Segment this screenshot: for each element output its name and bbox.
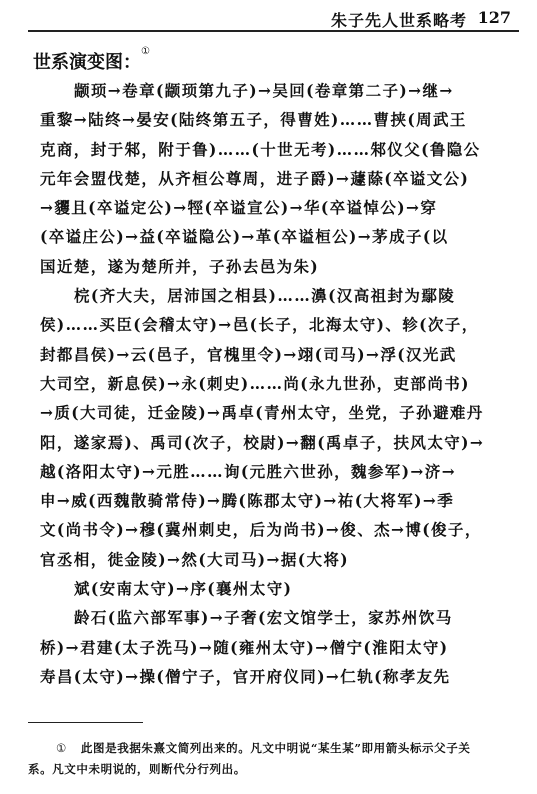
footnote-line-1: ①此图是我据朱熹文简列出来的。凡文中明说“某生某”即用箭头标示父子关: [28, 738, 508, 759]
footnote-divider: [28, 722, 143, 723]
text-line: 桥)→君建(太子洗马)→随(雍州太守)→僧宁(淮阳太守): [40, 633, 508, 662]
text-line: 斌(安南太守)→序(襄州太守): [40, 574, 508, 603]
footnote-ref[interactable]: ①: [141, 46, 150, 57]
page-number: 127: [478, 8, 511, 27]
text-line: 颛顼→卷章(颛顼第九子)→吴回(卷章第二子)→继→: [40, 76, 508, 105]
section-title: 世系演变图：①: [33, 48, 150, 74]
text-line: 寿昌(太守)→操(僧宁子，官开府仪同)→仁轨(称孝友先: [40, 662, 508, 691]
text-line: →质(大司徒，迁金陵)→禹卓(青州太守，坐党，子孙避难丹: [40, 398, 508, 427]
text-line: 元年会盟伐楚，从齐桓公尊周，进子爵)→蘧蒢(卒谥文公): [40, 164, 508, 193]
text-line: →貜且(卒谥定公)→牼(卒谥宣公)→华(卒谥悼公)→穿: [40, 193, 508, 222]
text-line: 重黎→陆终→晏安(陆终第五子，得曹姓)……曹挟(周武王: [40, 105, 508, 134]
text-line: 克商，封于邾，附于鲁)……(十世无考)……邾仪父(鲁隐公: [40, 135, 508, 164]
text-line: 封都昌侯)→云(邑子，官槐里令)→翊(司马)→浮(汉光武: [40, 340, 508, 369]
text-line: 侯)……买臣(会稽太守)→邑(长子，北海太守)、轸(次子，: [40, 310, 508, 339]
text-line: 梡(齐大夫，居沛国之相县)……濞(汉高祖封为鄢陵: [40, 281, 508, 310]
section-title-text: 世系演变图：: [33, 52, 141, 73]
footnote-text-1: 此图是我据朱熹文简列出来的。凡文中明说“某生某”即用箭头标示父子关: [81, 741, 471, 755]
footnote: ①此图是我据朱熹文简列出来的。凡文中明说“某生某”即用箭头标示父子关 系。凡文中…: [28, 738, 508, 780]
text-line: 大司空，新息侯)→永(刺史)……尚(永九世孙，吏部尚书): [40, 369, 508, 398]
text-line: 阳，遂家焉)、禹司(次子，校尉)→翻(禹卓子，扶风太守)→: [40, 428, 508, 457]
text-line: 越(洛阳太守)→元胜……询(元胜六世孙，魏参军)→济→: [40, 457, 508, 486]
footnote-mark: ①: [56, 741, 67, 755]
text-line: 文(尚书令)→穆(冀州刺史，后为尚书)→俊、杰→博(俊子，: [40, 515, 508, 544]
genealogy-body: 颛顼→卷章(颛顼第九子)→吴回(卷章第二子)→继→重黎→陆终→晏安(陆终第五子，…: [40, 76, 508, 691]
text-line: 官丞相，徙金陵)→然(大司马)→据(大将): [40, 545, 508, 574]
running-title: 朱子先人世系略考: [331, 8, 467, 31]
running-header: 朱子先人世系略考 127: [28, 0, 519, 32]
text-line: (卒谥庄公)→益(卒谥隐公)→革(卒谥桓公)→茅成子(以: [40, 222, 508, 251]
text-line: 龄石(监六部军事)→子奢(宏文馆学士，家苏州饮马: [40, 603, 508, 632]
text-line: 申→威(西魏散骑常侍)→腾(陈郡太守)→祐(大将军)→季: [40, 486, 508, 515]
footnote-line-2: 系。凡文中未明说的，则断代分行列出。: [28, 759, 508, 780]
text-line: 国近楚，遂为楚所并，子孙去邑为朱): [40, 252, 508, 281]
